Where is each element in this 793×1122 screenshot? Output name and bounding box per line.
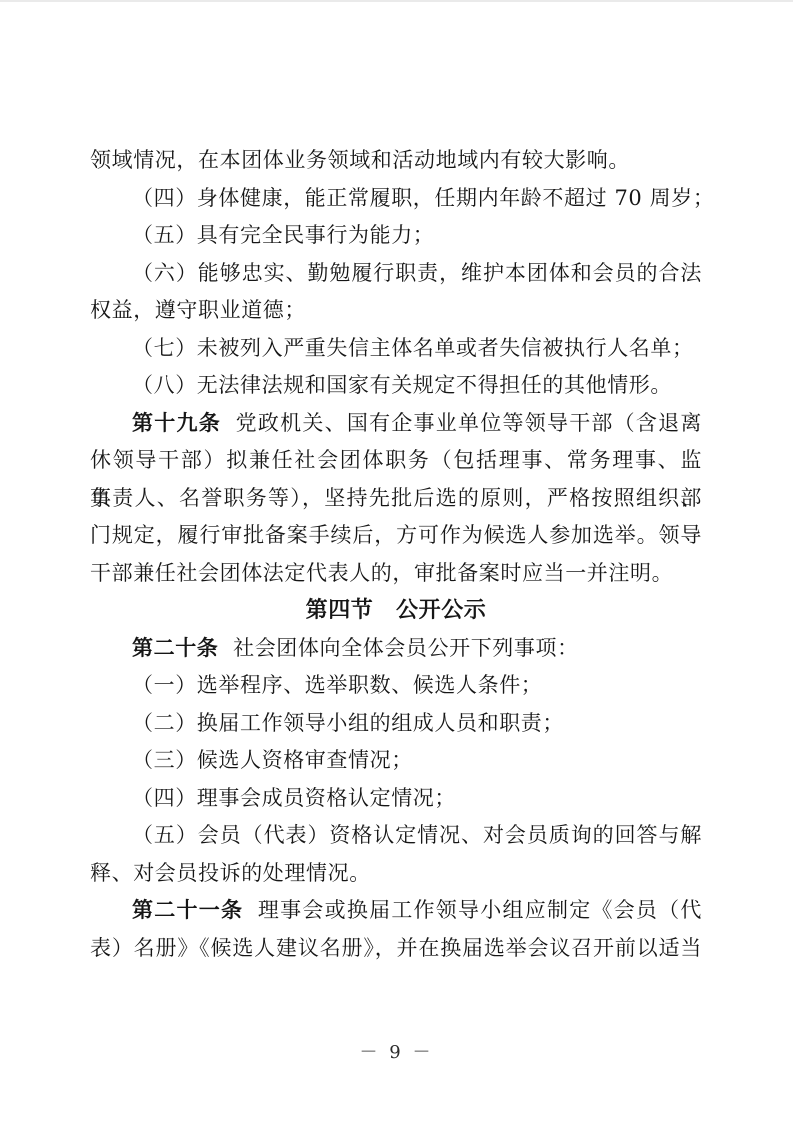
line-text: 第四节 公开公示: [306, 598, 487, 623]
text-line: 干部兼任社会团体法定代表人的，审批备案时应当一并注明。: [90, 555, 702, 593]
line-text: （八）无法律法规和国家有关规定不得担任的其他情形。: [132, 373, 672, 397]
line-text: （二）换届工作领导小组的组成人员和职责；: [132, 711, 564, 735]
line-text: 负责人、名誉职务等），坚持先批后选的原则，严格按照组织部: [90, 486, 702, 510]
page-number: － 9 －: [0, 1040, 793, 1066]
text-line: 领域情况，在本团体业务领域和活动地域内有较大影响。: [90, 142, 702, 180]
line-text: （六）能够忠实、勤勉履行职责，维护本团体和会员的合法: [132, 261, 702, 285]
text-line: （一）选举程序、选举职数、候选人条件；: [90, 667, 702, 705]
text-line: （六）能够忠实、勤勉履行职责，维护本团体和会员的合法: [90, 255, 702, 293]
text-line: 表）名册》《候选人建议名册》，并在换届选举会议召开前以适当: [90, 930, 702, 968]
line-text: 党政机关、国有企事业单位等领导干部（含退离: [236, 411, 702, 435]
text-line: 负责人、名誉职务等），坚持先批后选的原则，严格按照组织部: [90, 480, 702, 518]
line-text: 领域情况，在本团体业务领域和活动地域内有较大影响。: [90, 148, 630, 172]
text-line: （二）换届工作领导小组的组成人员和职责；: [90, 705, 702, 743]
text-line: （三）候选人资格审查情况；: [90, 742, 702, 780]
text-line: （五）具有完全民事行为能力；: [90, 217, 702, 255]
text-line: 权益，遵守职业道德；: [90, 292, 702, 330]
line-text: （七）未被列入严重失信主体名单或者失信被执行人名单；: [132, 336, 694, 360]
line-text: 干部兼任社会团体法定代表人的，审批备案时应当一并注明。: [90, 561, 673, 585]
line-text: 社会团体向全体会员公开下列事项：: [233, 636, 579, 660]
line-text: （五）具有完全民事行为能力；: [132, 223, 434, 247]
text-line: 释、对会员投诉的处理情况。: [90, 855, 702, 893]
text-line: （五）会员（代表）资格认定情况、对会员质询的回答与解: [90, 817, 702, 855]
line-text: （一）选举程序、选举职数、候选人条件；: [132, 673, 542, 697]
line-text: （三）候选人资格审查情况；: [132, 748, 413, 772]
page-top-edge: [0, 0, 793, 2]
line-text: 权益，遵守职业道德；: [90, 298, 306, 322]
document-body: 领域情况，在本团体业务领域和活动地域内有较大影响。（四）身体健康，能正常履职，任…: [90, 142, 702, 967]
line-text: （四）理事会成员资格认定情况；: [132, 786, 456, 810]
text-line: 第二十条社会团体向全体会员公开下列事项：: [90, 630, 702, 668]
line-text: 表）名册》《候选人建议名册》，并在换届选举会议召开前以适当: [90, 936, 702, 960]
line-text: 门规定，履行审批备案手续后，方可作为候选人参加选举。领导: [90, 523, 702, 547]
line-text: 理事会或换届工作领导小组应制定《会员（代: [258, 898, 702, 922]
line-text: （五）会员（代表）资格认定情况、对会员质询的回答与解: [132, 823, 702, 847]
article-number: 第二十条: [132, 636, 218, 660]
text-line: （七）未被列入严重失信主体名单或者失信被执行人名单；: [90, 330, 702, 368]
text-line: 休领导干部）拟兼任社会团体职务（包括理事、常务理事、监事、: [90, 442, 702, 480]
line-text: 释、对会员投诉的处理情况。: [90, 861, 371, 885]
text-line: （四）理事会成员资格认定情况；: [90, 780, 702, 818]
text-line: 第二十一条理事会或换届工作领导小组应制定《会员（代: [90, 892, 702, 930]
article-number: 第十九条: [132, 411, 221, 435]
text-line: （八）无法律法规和国家有关规定不得担任的其他情形。: [90, 367, 702, 405]
article-number: 第二十一条: [132, 898, 243, 922]
document-page: 领域情况，在本团体业务领域和活动地域内有较大影响。（四）身体健康，能正常履职，任…: [0, 0, 793, 1122]
section-heading: 第四节 公开公示: [90, 592, 702, 630]
text-line: 第十九条党政机关、国有企事业单位等领导干部（含退离: [90, 405, 702, 443]
line-text: （四）身体健康，能正常履职，任期内年龄不超过 70 周岁；: [132, 186, 714, 210]
text-line: （四）身体健康，能正常履职，任期内年龄不超过 70 周岁；: [90, 180, 702, 218]
text-line: 门规定，履行审批备案手续后，方可作为候选人参加选举。领导: [90, 517, 702, 555]
